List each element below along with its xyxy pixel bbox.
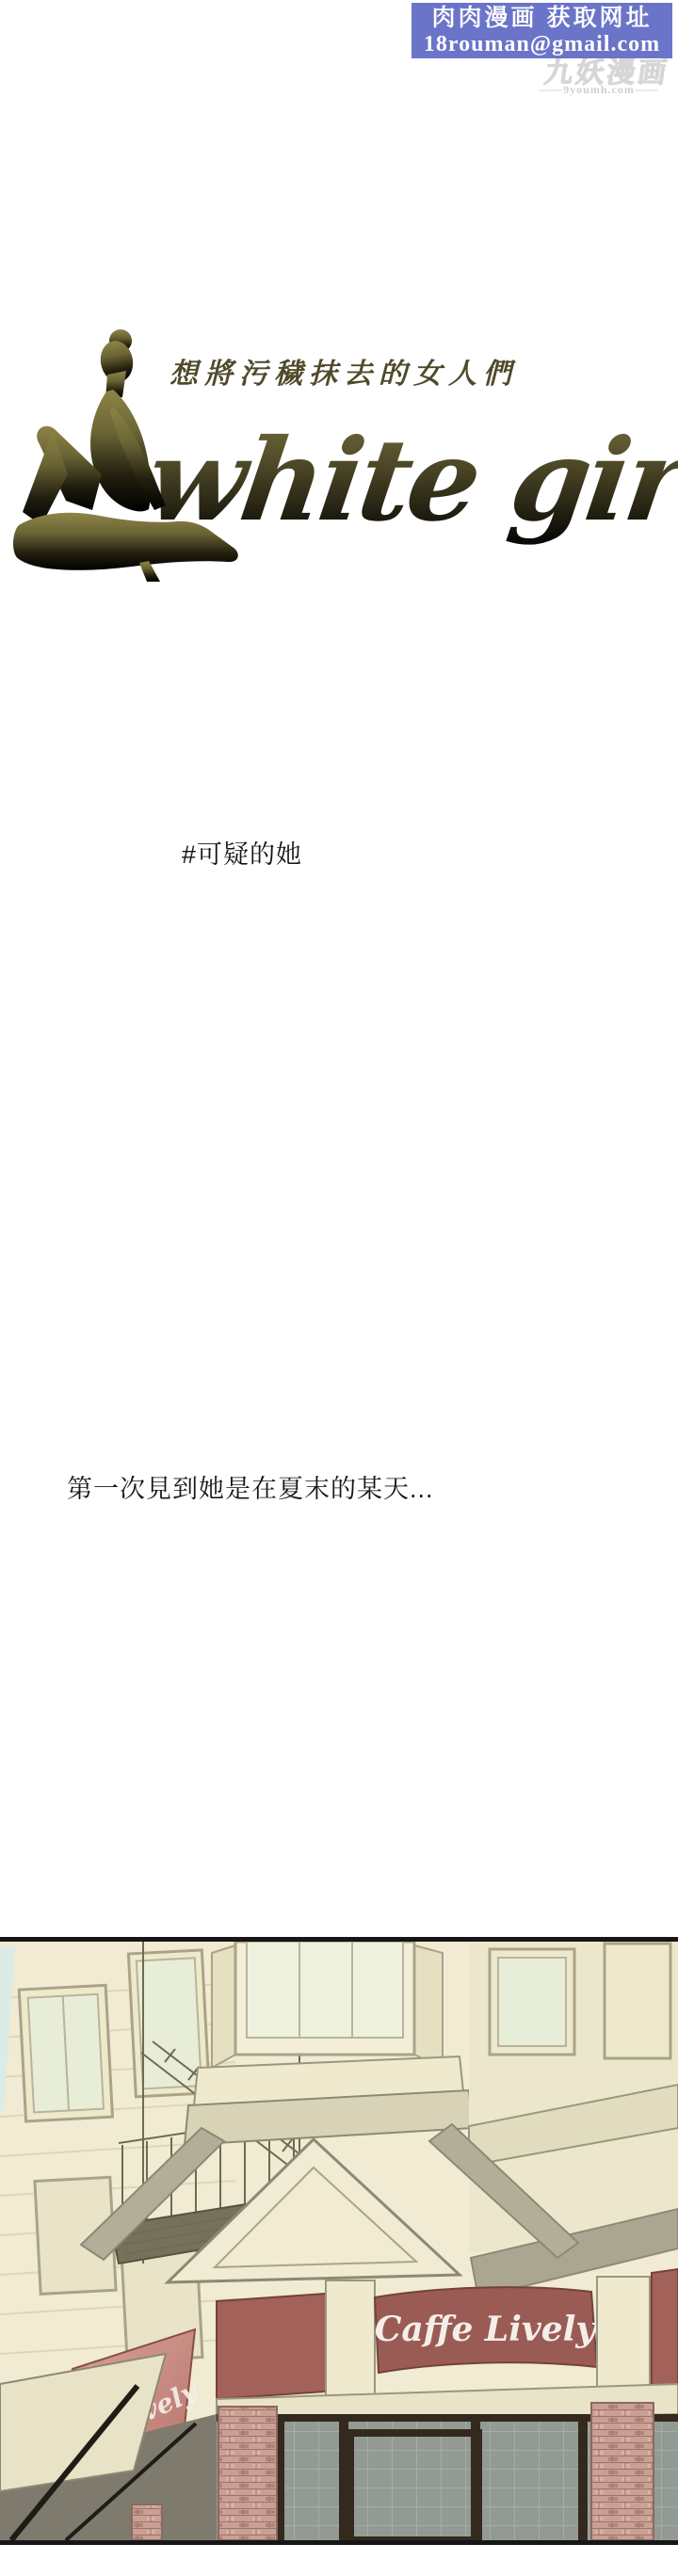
watermark-site: ——9youmh.com—— [524, 83, 674, 97]
brick-pillar-right [591, 2403, 654, 2540]
brick-pillar-left [218, 2407, 277, 2540]
ad-box-title: 肉肉漫画 获取网址 [412, 4, 672, 32]
ad-box-email: 18rouman@gmail.com [412, 32, 672, 57]
episode-hashtag: #可疑的她 [182, 834, 302, 871]
woman-silhouette [9, 326, 292, 584]
publisher-ad-box: 肉肉漫画 获取网址 18rouman@gmail.com [412, 3, 672, 58]
bay-window [185, 1942, 473, 2145]
comic-panel: Caffe Lively Caffe Lively [0, 1937, 678, 2545]
narration-text: 第一次見到她是在夏末的某天... [67, 1468, 434, 1505]
silhouette-shapes [13, 329, 238, 582]
cafe-sign-text-main: Caffe Lively [375, 2310, 598, 2349]
building-illustration: Caffe Lively Caffe Lively [0, 1942, 678, 2540]
manga-page: 九妖漫画 ——9youmh.com—— 肉肉漫画 获取网址 18rouman@g… [0, 0, 678, 2576]
